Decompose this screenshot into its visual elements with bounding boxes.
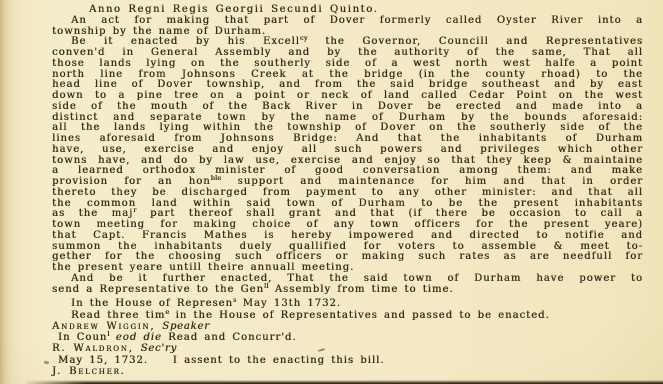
speaker-signature: Andrew Wiggin, Speaker [52,322,643,333]
read-passed-line: Read three time in the House of Represen… [52,311,643,322]
act-line: that Capt. Francis Mathes is hereby impo… [52,231,643,242]
scan-artifact [44,361,50,365]
scan-bottom-edge [26,380,663,384]
act-line: And be it further enacted, That the said… [52,274,643,285]
secretary-signature: R. Waldron, Sec'ry [52,344,643,355]
act-line: An act for making that part of Dover for… [52,16,643,27]
secretary-name: R. Waldron, [52,343,134,354]
act-line: those lands lying on the southerly side … [52,59,643,70]
council-line-post: Read and Concurr'd. [162,332,297,343]
act-line: send a Representative to the Genll Assem… [52,285,643,296]
speaker-title: Speaker [162,321,210,332]
council-concur-line: In Counl eod die Read and Concurr'd. [52,333,643,344]
scanned-document-page: Anno Regni Regis Georgii Secundi Quinto.… [0,0,663,384]
house-date-line: In the House of Represens May 13th 1732. [52,299,643,310]
act-text-block: Anno Regni Regis Georgii Secundi Quinto.… [52,5,643,378]
speaker-name: Andrew Wiggin, [52,321,155,332]
act-body: An act for making that part of Dover for… [52,16,643,296]
governor-signature: J. Belcher. [52,367,643,378]
act-line: side of the mouth of the Back River in D… [52,102,643,113]
council-line-latin: eod die [116,332,162,343]
council-line-pre: In Counl [58,332,116,343]
assent-line: May 15, 1732. I assent to the enacting t… [52,356,643,367]
act-line: have, use, exercise and enjoy all such p… [52,145,643,156]
legislative-proceedings: In the House of Represens May 13th 1732.… [52,299,643,377]
secretary-title: Sec'ry [141,343,177,354]
governor-name: J. Belcher. [52,366,126,377]
act-line: thereto they be discharged from payment … [52,188,643,199]
